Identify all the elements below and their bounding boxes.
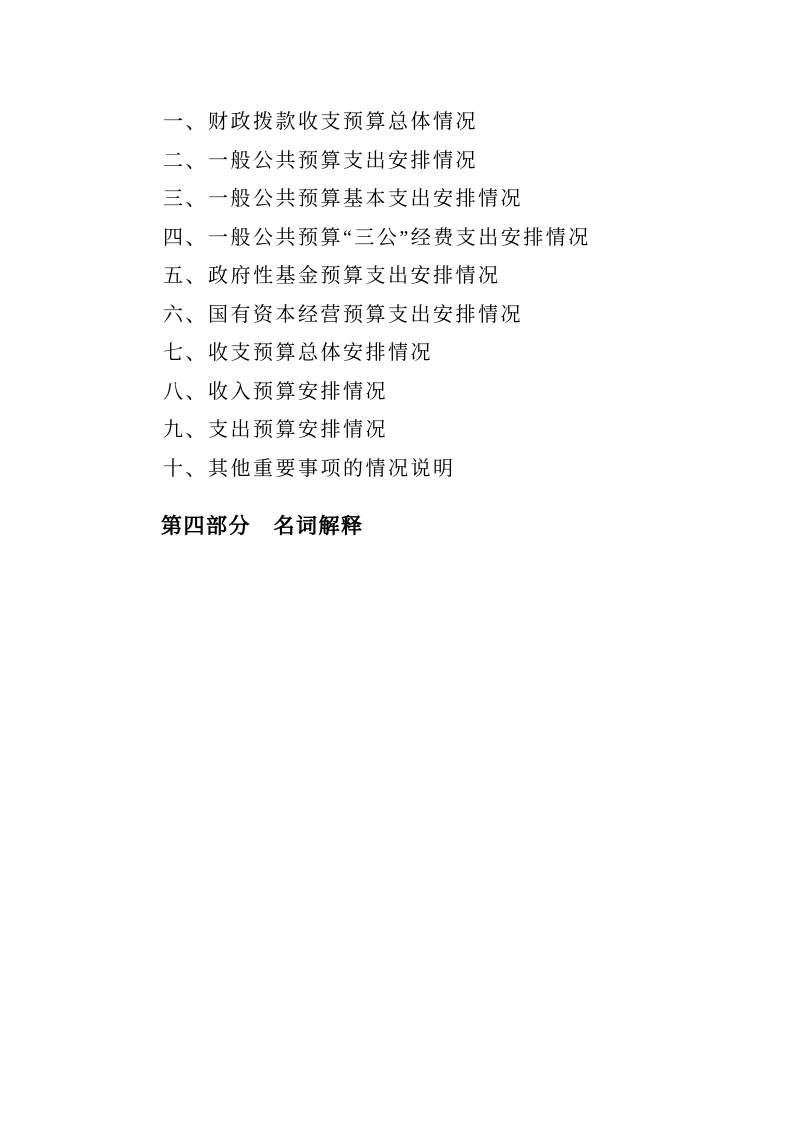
- toc-item-7: 七、收支预算总体安排情况: [163, 334, 734, 373]
- toc-item-1: 一、财政拨款收支预算总体情况: [163, 103, 734, 142]
- toc-item-3: 三、一般公共预算基本支出安排情况: [163, 180, 734, 219]
- toc-item-4: 四、一般公共预算“三公”经费支出安排情况: [163, 219, 734, 258]
- toc-item-10: 十、其他重要事项的情况说明: [163, 450, 734, 489]
- toc-item-2: 二、一般公共预算支出安排情况: [163, 142, 734, 181]
- toc-item-9: 九、支出预算安排情况: [163, 411, 734, 450]
- section-heading: 第四部分 名词解释: [161, 511, 364, 543]
- toc-item-5: 五、政府性基金预算支出安排情况: [163, 257, 734, 296]
- toc-list: 一、财政拨款收支预算总体情况 二、一般公共预算支出安排情况 三、一般公共预算基本…: [163, 103, 734, 488]
- toc-item-8: 八、收入预算安排情况: [163, 373, 734, 412]
- document-page: 一、财政拨款收支预算总体情况 二、一般公共预算支出安排情况 三、一般公共预算基本…: [0, 0, 794, 1123]
- toc-item-6: 六、国有资本经营预算支出安排情况: [163, 296, 734, 335]
